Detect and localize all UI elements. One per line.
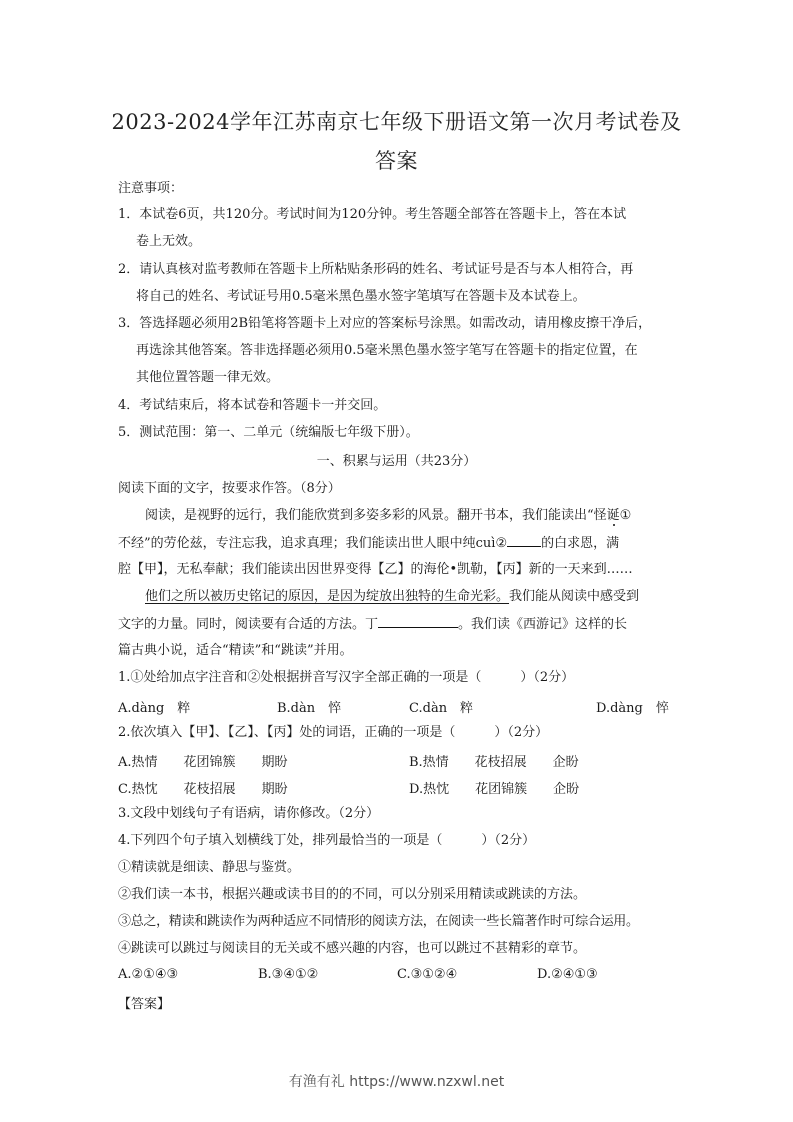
passage-p1-line3: 腔【甲】，无私奉献；我们能读出因世界变得【乙】的海伦•凯勒，【丙】新的一天来到…… <box>118 561 633 579</box>
note-3-line1: 3．答选择题必须用2B铅笔将答题卡上对应的答案标号涂黑。如需改动，请用橡皮擦干净… <box>118 315 651 333</box>
dotted-char: 诞 <box>607 508 620 523</box>
passage-text: 。我们读《西游记》这样的长 <box>458 617 627 632</box>
note-3-line2: 再选涂其他答案。答非选择题必须用0.5毫米黑色墨水签字笔写在答题卡的指定位置，在 <box>136 342 638 360</box>
note-2-line1: 2．请认真核对监考教师在答题卡上所粘贴条形码的姓名、考试证号是否与本人相符合，再 <box>118 261 633 279</box>
question-4-sentence-2: ②我们读一本书，根据兴趣或读书目的的不同，可以分别采用精读或跳读的方法。 <box>118 886 586 904</box>
note-4: 4．考试结束后，将本试卷和答题卡一并交回。 <box>118 397 386 415</box>
question-4-stem: 4.下列四个句子填入划横线丁处，排列最恰当的一项是（ ）（2分） <box>118 832 535 850</box>
question-1-option-a[interactable]: A.dàng 粹 <box>118 697 190 716</box>
passage-text: 文字的力量。同时，阅读要有合适的方法。丁 <box>118 617 378 632</box>
question-2-option-b[interactable]: B.热情 花枝招展 企盼 <box>409 751 579 770</box>
question-4-option-a[interactable]: A.②①④③ <box>118 967 178 982</box>
footer-watermark: 有渔有礼 https://www.nzxwl.net <box>0 1071 793 1091</box>
reading-instruction: 阅读下面的文字，按要求作答。（8分） <box>118 480 341 498</box>
marker-1: ① <box>620 508 632 523</box>
fill-blank-2[interactable] <box>507 534 541 547</box>
passage-text: 的白求恩，满 <box>541 536 619 551</box>
passage-p1-line2: 不经”的劳伦兹，专注忘我，追求真理；我们能读出世人眼中纯cuì②的白求恩，满 <box>118 534 619 553</box>
question-1-option-c[interactable]: C.dàn 粹 <box>409 697 473 716</box>
question-4-option-c[interactable]: C.③①②④ <box>397 967 457 982</box>
passage-p2-line2: 文字的力量。同时，阅读要有合适的方法。丁。我们读《西游记》这样的长 <box>118 615 627 634</box>
note-2-line2: 将自己的姓名、考试证号用0.5毫米黑色墨水签字笔填写在答题卡及本试卷上。 <box>136 288 586 306</box>
passage-p2-line1: 他们之所以被历史铭记的原因，是因为绽放出独特的生命光彩。我们能从阅读中感受到 <box>145 588 639 606</box>
note-3-line3: 其他位置答题一律无效。 <box>136 369 279 387</box>
document-title-line2: 答案 <box>0 145 793 175</box>
note-1-line1: 1．本试卷6页，共120分。考试时间为120分钟。考生答题全部答在答题卡上，答在… <box>118 206 626 224</box>
underlined-sentence: 他们之所以被历史铭记的原因，是因为绽放出独特的生命光彩。 <box>145 589 509 604</box>
question-4-sentence-3: ③总之，精读和跳读作为两种适应不同情形的阅读方法，在阅读一些长篇著作时可综合运用… <box>118 913 639 931</box>
fill-blank-ding[interactable] <box>378 615 458 628</box>
exam-page: 2023-2024学年江苏南京七年级下册语文第一次月考试卷及 答案 注意事项： … <box>0 0 793 1122</box>
passage-p1-line1: 阅读，是视野的远行，我们能欣赏到多姿多彩的风景。翻开书本，我们能读出“怪诞① <box>145 507 631 525</box>
question-2-option-c[interactable]: C.热忱 花枝招展 期盼 <box>118 778 288 797</box>
question-2-option-d[interactable]: D.热忱 花团锦簇 企盼 <box>409 778 579 797</box>
question-1-option-d[interactable]: D.dàng 悴 <box>596 697 669 716</box>
question-1-option-b[interactable]: B.dàn 悴 <box>277 697 341 716</box>
passage-text: 不经”的劳伦兹，专注忘我，追求真理；我们能读出世人眼中纯cuì② <box>118 536 507 551</box>
question-4-sentence-1: ①精读就是细读、静思与鉴赏。 <box>118 859 300 877</box>
question-4-sentence-4: ④跳读可以跳过与阅读目的无关或不感兴趣的内容，也可以跳过不甚精彩的章节。 <box>118 940 586 958</box>
question-2-stem: 2.依次填入【甲】、【乙】、【丙】处的词语，正确的一项是（ ）（2分） <box>118 724 548 742</box>
note-1-line2: 卷上无效。 <box>136 233 201 251</box>
question-4-option-d[interactable]: D.②④①③ <box>537 967 598 982</box>
question-4-option-b[interactable]: B.③④①② <box>258 967 318 982</box>
notes-heading: 注意事项： <box>118 180 183 198</box>
note-5: 5．测试范围：第一、二单元（统编版七年级下册）。 <box>118 424 419 442</box>
passage-text: 我们能从阅读中感受到 <box>509 589 639 604</box>
question-1-stem: 1.①处给加点字注音和②处根据拼音写汉字全部正确的一项是（ ）（2分） <box>118 669 574 687</box>
answer-label: 【答案】 <box>118 996 170 1014</box>
question-2-option-a[interactable]: A.热情 花团锦簇 期盼 <box>118 751 288 770</box>
document-title-line1: 2023-2024学年江苏南京七年级下册语文第一次月考试卷及 <box>0 106 793 136</box>
passage-text: 阅读，是视野的远行，我们能欣赏到多姿多彩的风景。翻开书本，我们能读出“怪 <box>145 508 607 523</box>
question-3-stem: 3.文段中划线句子有语病，请你修改。（2分） <box>118 805 379 823</box>
section-heading: 一、积累与运用（共23分） <box>0 453 793 471</box>
passage-p2-line3: 篇古典小说，适合“精读”和“跳读”并用。 <box>118 642 353 660</box>
